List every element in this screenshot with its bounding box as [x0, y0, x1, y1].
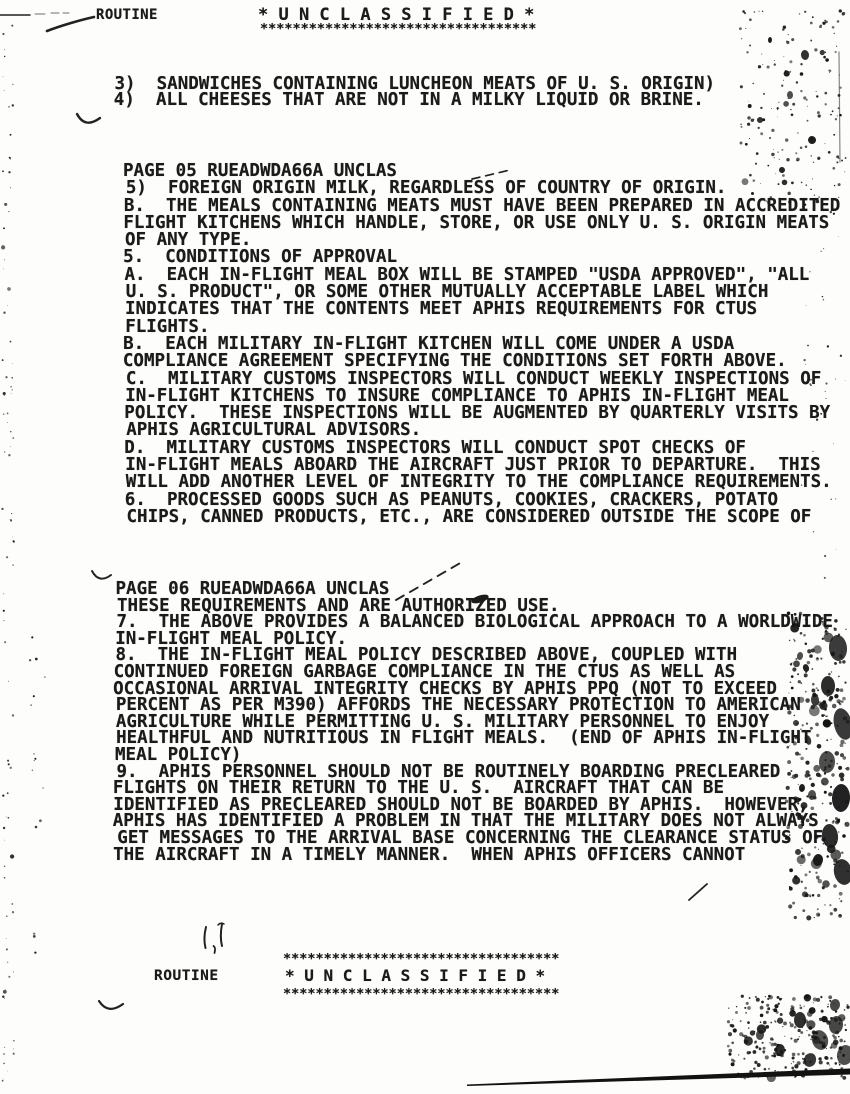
top-left-pen-stroke	[47, 17, 94, 31]
body-page5-paragraph: PAGE 05 RUEADWDA66A UNCLAS5) FOREIGN ORI…	[124, 163, 840, 526]
body-page6-paragraph: PAGE 06 RUEADWDA66A UNCLASTHESE REQUIREM…	[115, 581, 831, 863]
margin-check-mark-1	[77, 114, 100, 123]
footer-asterisk-separator-bottom: **********************************	[283, 986, 559, 1002]
document-text-line: INDICATES THAT THE CONTENTS MEET APHIS R…	[125, 301, 841, 318]
body-intro-paragraph: 3) SANDWICHES CONTAINING LUNCHEON MEATS …	[113, 76, 714, 108]
bottom-scan-line	[467, 1069, 850, 1087]
document-text-line: 4) ALL CHEESES THAT ARE NOT IN A MILKY L…	[114, 92, 715, 108]
document-text-line: CHIPS, CANNED PRODUCTS, ETC., ARE CONSID…	[127, 509, 843, 526]
handwritten-mark	[204, 923, 224, 953]
scanned-document-page: ROUTINE * U N C L A S S I F I E D * ****…	[0, 0, 850, 1094]
header-asterisk-separator: **********************************	[260, 21, 536, 37]
margin-check-mark-2	[92, 571, 111, 579]
footer-precedence-label: ROUTINE	[154, 968, 219, 984]
margin-check-mark-3	[99, 1001, 123, 1009]
top-left-edge-dashes	[35, 13, 69, 14]
footer-asterisk-separator-top: **********************************	[283, 951, 559, 967]
bottom-pen-slash	[689, 884, 707, 900]
footer-classification-banner: * U N C L A S S I F I E D *	[285, 966, 545, 985]
document-text-line: THE AIRCRAFT IN A TIMELY MANNER. WHEN AP…	[113, 847, 829, 864]
right-edge-faint-line	[839, 52, 840, 162]
header-precedence-label: ROUTINE	[96, 7, 158, 23]
